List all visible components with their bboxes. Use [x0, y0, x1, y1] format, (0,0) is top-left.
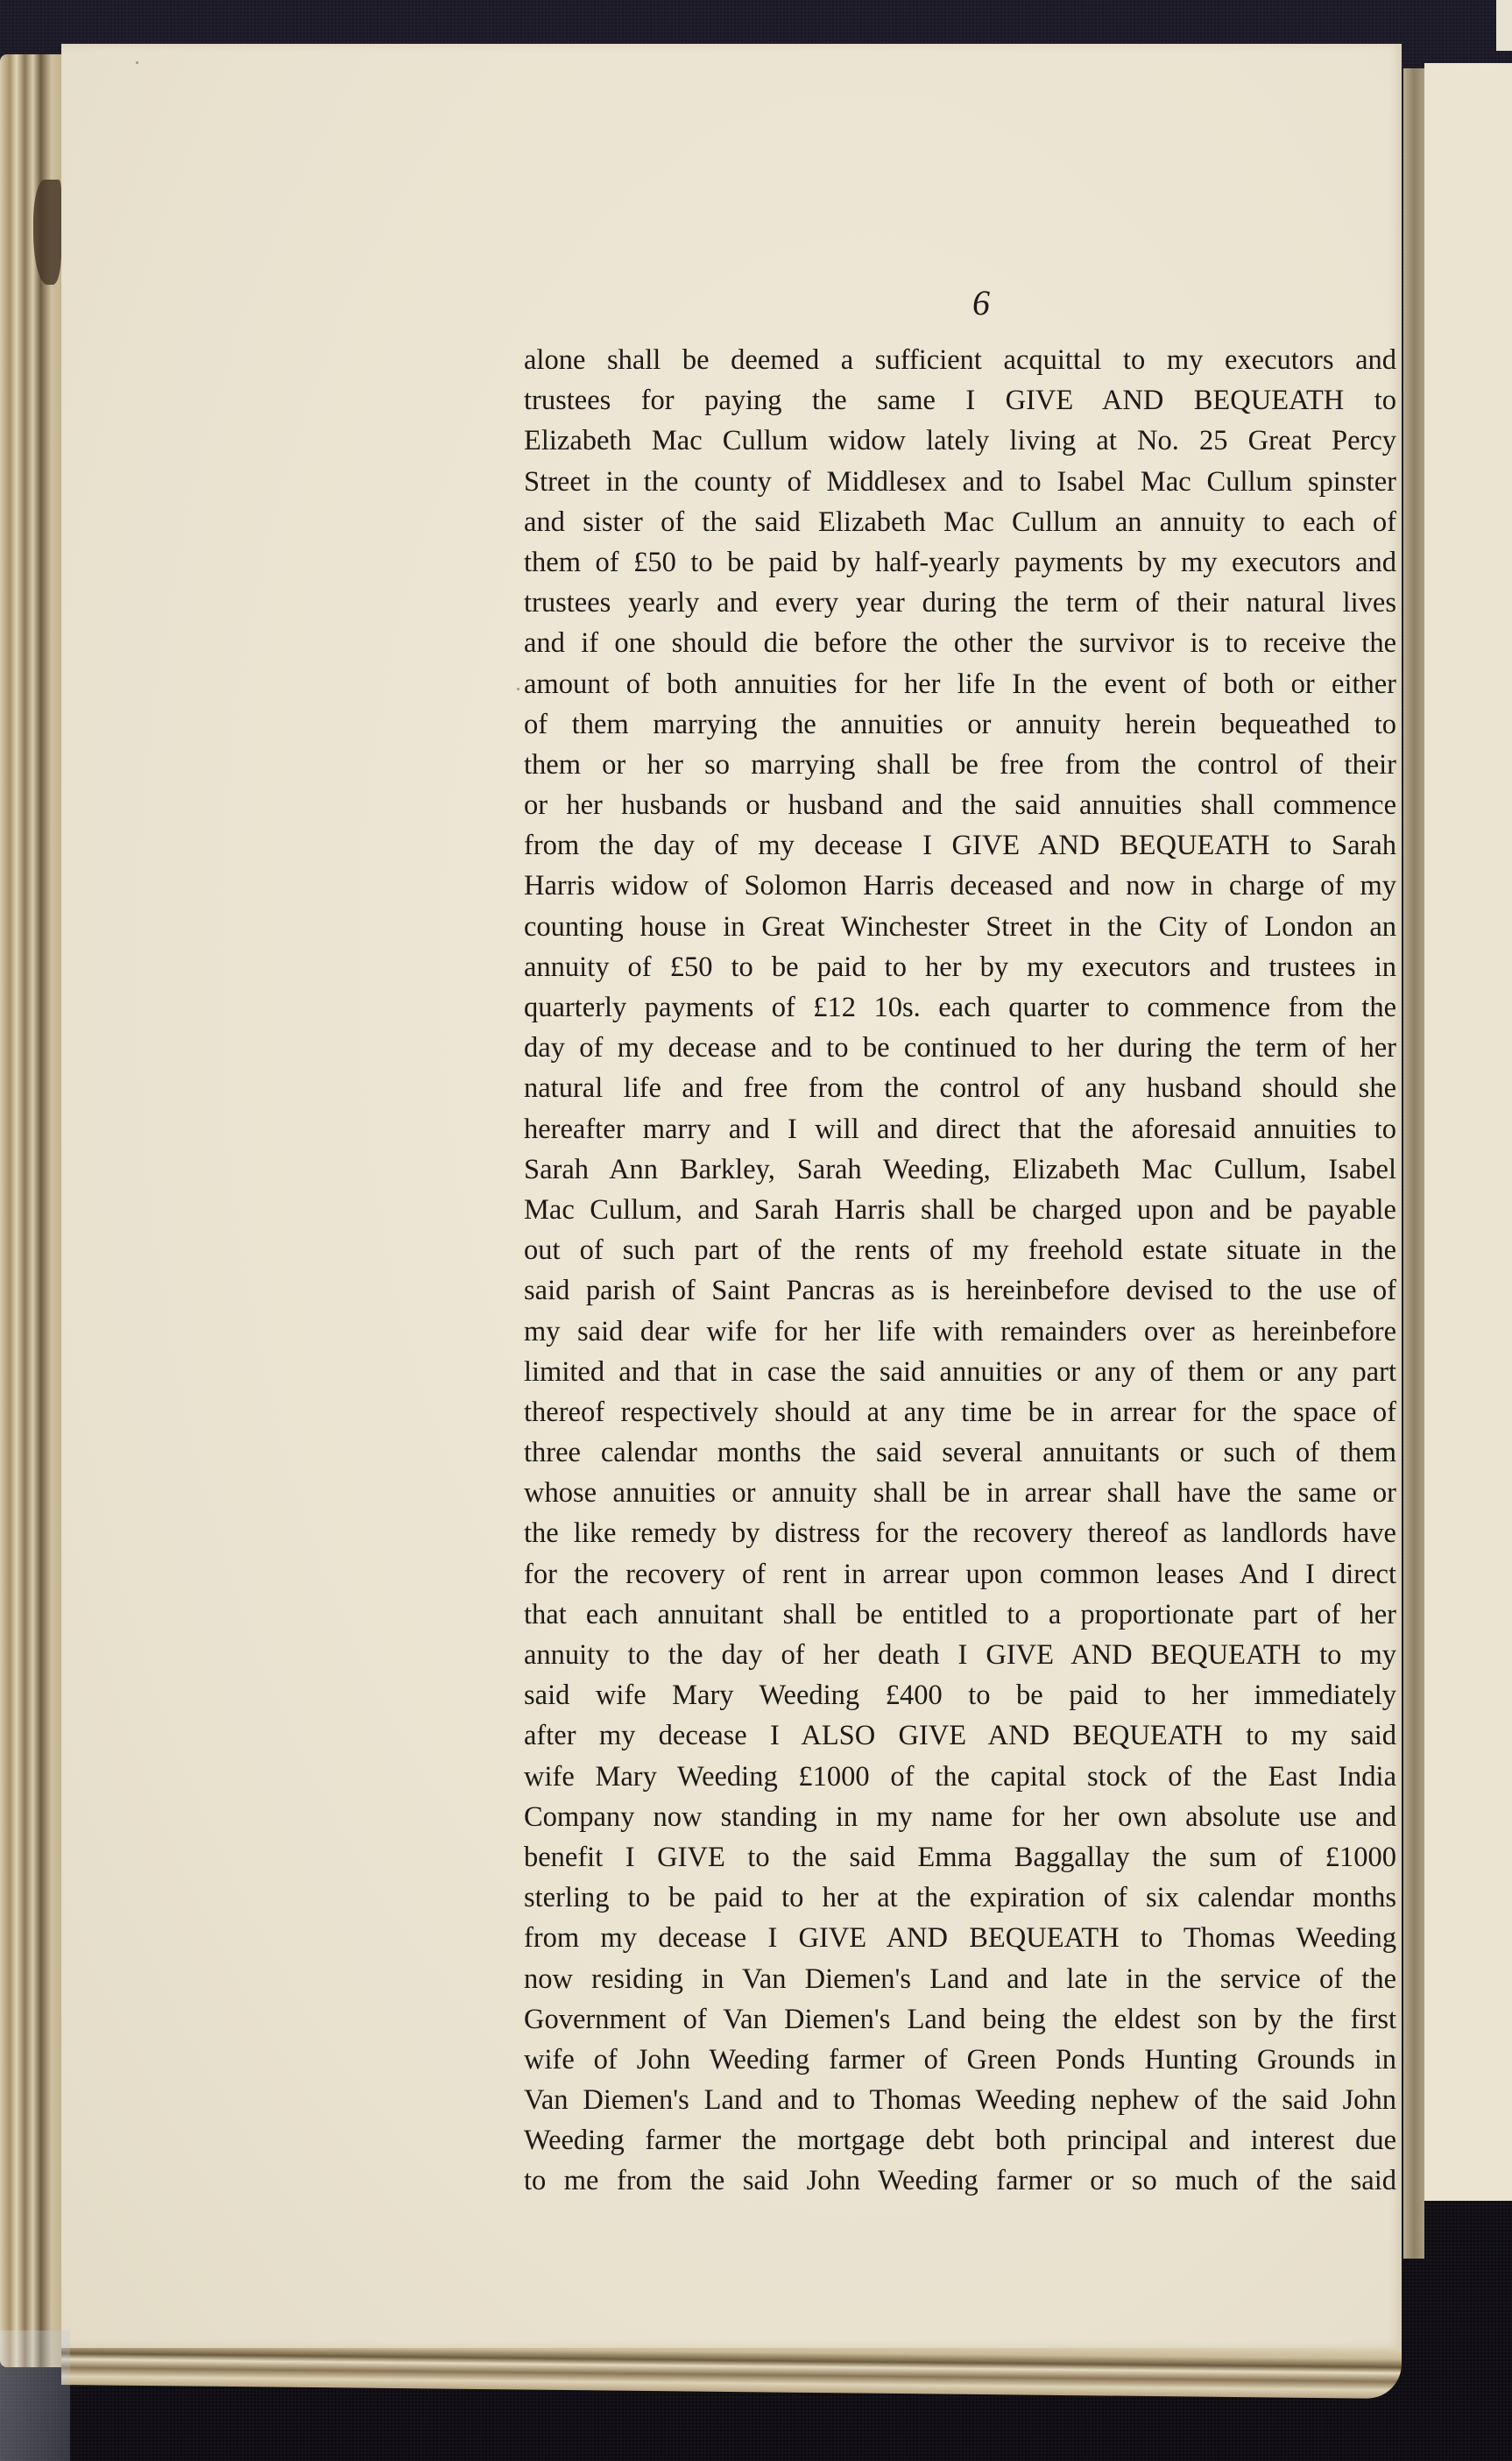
text-line: whose annuities or annuity shall be in a… [524, 1473, 1396, 1513]
text-line: amount of both annuities for her life In… [524, 664, 1396, 704]
text-line: Street in the county of Middlesex and to… [524, 462, 1396, 502]
text-line: them or her so marrying shall be free fr… [524, 745, 1396, 785]
text-line: Sarah Ann Barkley, Sarah Weeding, Elizab… [524, 1149, 1396, 1190]
text-line: benefit I GIVE to the said Emma Baggalla… [524, 1837, 1396, 1878]
facing-page [1424, 63, 1512, 2201]
text-line: wife Mary Weeding £1000 of the capital s… [524, 1757, 1396, 1797]
text-line: after my decease I ALSO GIVE AND BEQUEAT… [524, 1715, 1396, 1756]
text-line: Government of Van Diemen's Land being th… [524, 1999, 1396, 2040]
text-line: now residing in Van Diemen's Land and la… [524, 1959, 1396, 1999]
page-number: 6 [968, 282, 994, 323]
text-line: annuity to the day of her death I GIVE A… [524, 1635, 1396, 1675]
paper-speck [136, 61, 138, 64]
page-edge-stain [33, 180, 61, 285]
text-line: for the recovery of rent in arrear upon … [524, 1554, 1396, 1595]
text-line: and if one should die before the other t… [524, 623, 1396, 663]
text-line: day of my decease and to be continued to… [524, 1028, 1396, 1068]
page-stack-left-edge [0, 54, 66, 2367]
text-line: thereof respectively should at any time … [524, 1392, 1396, 1432]
text-line: limited and that in case the said annuit… [524, 1352, 1396, 1392]
text-line: sterling to be paid to her at the expira… [524, 1878, 1396, 1918]
text-line: and sister of the said Elizabeth Mac Cul… [524, 502, 1396, 542]
text-line: Van Diemen's Land and to Thomas Weeding … [524, 2080, 1396, 2120]
text-line: Mac Cullum, and Sarah Harris shall be ch… [524, 1190, 1396, 1230]
text-line: quarterly payments of £12 10s. each quar… [524, 987, 1396, 1028]
facing-page-corner [1496, 0, 1512, 51]
text-line: Company now standing in my name for her … [524, 1797, 1396, 1837]
book-gutter [1403, 68, 1424, 2259]
text-line: them of £50 to be paid by half-yearly pa… [524, 542, 1396, 583]
text-line: from the day of my decease I GIVE AND BE… [524, 825, 1396, 866]
text-line: said parish of Saint Pancras as is herei… [524, 1270, 1396, 1311]
text-line: my said dear wife for her life with rema… [524, 1312, 1396, 1352]
text-line: that each annuitant shall be entitled to… [524, 1595, 1396, 1635]
text-line: hereafter marry and I will and direct th… [524, 1109, 1396, 1149]
text-line: wife of John Weeding farmer of Green Pon… [524, 2040, 1396, 2080]
text-line: out of such part of the rents of my free… [524, 1230, 1396, 1270]
repair-tape [0, 2330, 70, 2461]
text-line: Harris widow of Solomon Harris deceased … [524, 866, 1396, 906]
text-line: the like remedy by distress for the reco… [524, 1513, 1396, 1553]
text-line: said wife Mary Weeding £400 to be paid t… [524, 1675, 1396, 1715]
text-line: three calendar months the said several a… [524, 1432, 1396, 1473]
text-line: or her husbands or husband and the said … [524, 785, 1396, 825]
text-line: natural life and free from the control o… [524, 1068, 1396, 1108]
text-line: to me from the said John Weeding farmer … [524, 2160, 1396, 2201]
text-line: annuity of £50 to be paid to her by my e… [524, 947, 1396, 987]
text-line: from my decease I GIVE AND BEQUEATH to T… [524, 1918, 1396, 1958]
paper-speck [517, 688, 519, 690]
body-text: alone shall be deemed a sufficient acqui… [524, 340, 1396, 2202]
text-line: of them marrying the annuities or annuit… [524, 704, 1396, 745]
text-line: Weeding farmer the mortgage debt both pr… [524, 2120, 1396, 2160]
text-line: counting house in Great Winchester Stree… [524, 907, 1396, 947]
text-line: Elizabeth Mac Cullum widow lately living… [524, 421, 1396, 461]
text-line: trustees yearly and every year during th… [524, 583, 1396, 623]
text-line: alone shall be deemed a sufficient acqui… [524, 340, 1396, 380]
text-line: trustees for paying the same I GIVE AND … [524, 380, 1396, 421]
